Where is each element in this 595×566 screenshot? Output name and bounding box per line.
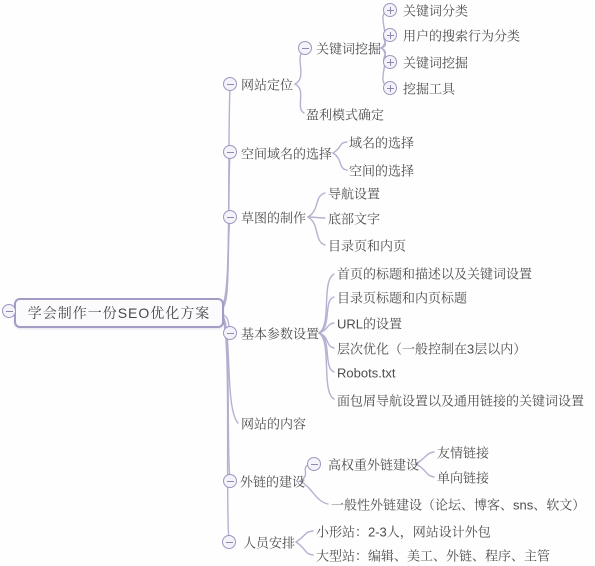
node-robots-txt[interactable]: Robots.txt	[337, 366, 396, 381]
minus-circle-icon-keyword-mining[interactable]	[298, 41, 312, 55]
minus-circle-icon-basic-parameter-settings[interactable]	[223, 326, 237, 340]
mindmap-canvas: 学会制作一份SEO优化方案 网站定位 空间域名的选择 草图的制作 基本参数设置 …	[0, 0, 595, 566]
minus-circle-icon-root[interactable]	[2, 304, 16, 318]
plus-circle-icon-keyword-classification[interactable]	[383, 3, 397, 17]
minus-circle-icon-external-link-building[interactable]	[223, 474, 237, 488]
node-website-positioning[interactable]: 网站定位	[241, 75, 293, 94]
branch-line	[308, 217, 325, 218]
branch-line	[296, 531, 313, 542]
plus-circle-icon-mining-tools[interactable]	[383, 81, 397, 95]
node-category-and-inner-page-titles[interactable]: 目录页标题和内页标题	[337, 288, 467, 307]
minus-circle-icon-high-weight-link-building[interactable]	[307, 457, 321, 471]
plus-circle-icon-keyword-mining-sub[interactable]	[383, 55, 397, 69]
node-small-site-staffing[interactable]: 小形站：2-3人，网站设计外包	[316, 522, 491, 541]
node-keyword-mining-sub[interactable]: 关键词挖掘	[403, 53, 468, 72]
node-category-and-inner-pages[interactable]: 目录页和内页	[328, 236, 406, 255]
node-general-link-building[interactable]: 一般性外链建设（论坛、博客、sns、软文）	[331, 495, 585, 514]
node-staffing[interactable]: 人员安排	[243, 533, 295, 552]
node-profit-model[interactable]: 盈利模式确定	[306, 105, 384, 124]
node-mining-tools[interactable]: 挖掘工具	[403, 79, 455, 98]
node-high-weight-link-building[interactable]: 高权重外链建设	[328, 455, 419, 474]
minus-circle-icon-staffing[interactable]	[222, 535, 236, 549]
node-user-search-behavior-classification[interactable]: 用户的搜索行为分类	[403, 26, 520, 45]
node-website-content[interactable]: 网站的内容	[241, 414, 306, 433]
node-sketch-creation[interactable]: 草图的制作	[241, 208, 306, 227]
minus-circle-icon-hosting-domain-selection[interactable]	[223, 145, 237, 159]
node-hierarchy-optimization[interactable]: 层次优化（一般控制在3层以内）	[337, 339, 526, 358]
node-one-way-links[interactable]: 单向链接	[437, 468, 489, 487]
branch-line	[308, 217, 325, 245]
node-url-settings[interactable]: URL的设置	[337, 314, 402, 333]
node-basic-parameter-settings[interactable]: 基本参数设置	[241, 324, 319, 343]
node-footer-text[interactable]: 底部文字	[328, 209, 380, 228]
node-friendly-links[interactable]: 友情链接	[437, 443, 489, 462]
branch-line	[308, 193, 325, 217]
branch-line	[296, 542, 313, 555]
node-navigation-settings[interactable]: 导航设置	[328, 184, 380, 203]
minus-circle-icon-sketch-creation[interactable]	[223, 210, 237, 224]
plus-circle-icon-user-search-behavior-classification[interactable]	[383, 28, 397, 42]
minus-circle-icon-website-positioning[interactable]	[223, 77, 237, 91]
node-domain-selection[interactable]: 域名的选择	[349, 133, 414, 152]
branch-line	[295, 84, 304, 113]
branch-line	[295, 52, 302, 84]
node-keyword-classification[interactable]: 关键词分类	[403, 1, 468, 20]
node-hosting-domain-selection[interactable]: 空间域名的选择	[241, 144, 332, 163]
node-external-link-building[interactable]: 外链的建设	[240, 472, 305, 491]
node-large-site-staffing[interactable]: 大型站：编辑、美工、外链、程序、主管	[316, 546, 550, 565]
branch-line	[319, 323, 334, 333]
node-breadcrumb-navigation-keywords[interactable]: 面包屑导航设置以及通用链接的关键词设置	[337, 391, 584, 410]
node-hosting-selection[interactable]: 空间的选择	[349, 161, 414, 180]
branch-line	[333, 153, 347, 170]
branch-line	[333, 142, 347, 153]
node-homepage-title-description-keywords[interactable]: 首页的标题和描述以及关键词设置	[337, 264, 532, 283]
root-node[interactable]: 学会制作一份SEO优化方案	[14, 298, 224, 328]
node-keyword-mining[interactable]: 关键词挖掘	[316, 39, 381, 58]
